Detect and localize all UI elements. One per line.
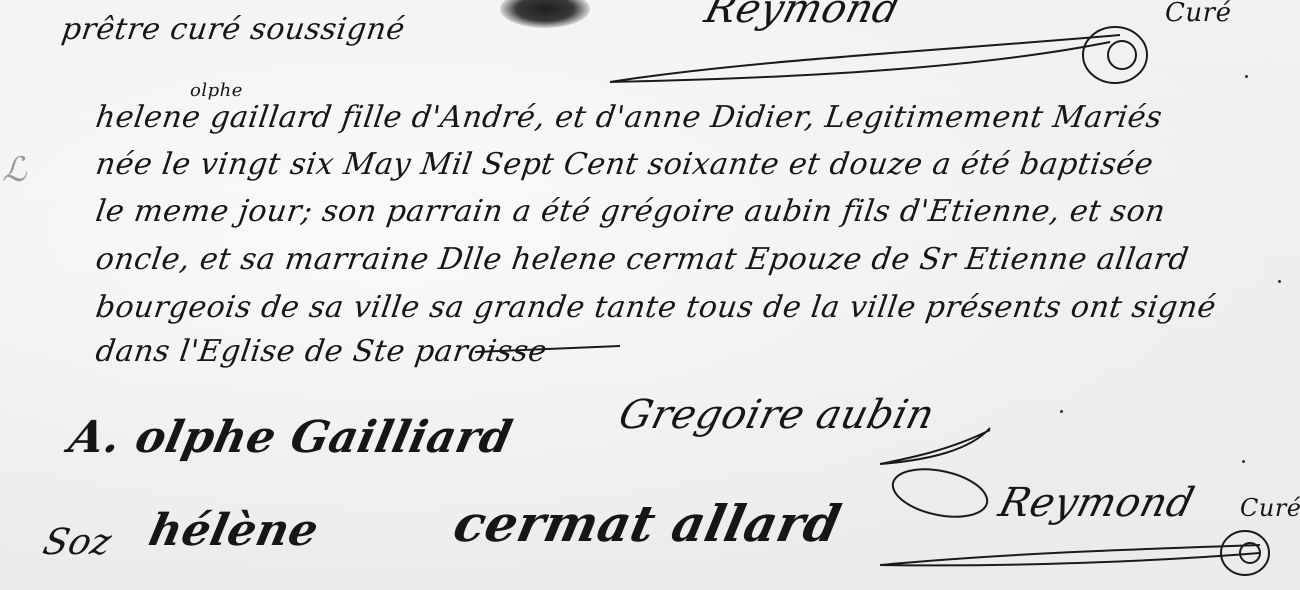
signature-helene: hélène [145,505,324,556]
record-line-2: née le vingt six May Mil Sept Cent soixa… [94,147,1156,182]
top-paraph-flourish [600,20,1160,90]
signature-cermat-allard: cermat allard [449,494,847,553]
ink-blot [500,0,590,28]
record-line-1: helene gaillard fille d'André, et d'anne… [94,100,1165,135]
scanned-register-page: ℒ prêtre curé soussigné Reymond Curé olp… [0,0,1300,590]
speck [1245,75,1248,78]
record-line-4: oncle, et sa marraine Dlle helene cermat… [94,242,1191,277]
record-line-5: bourgeois de sa ville sa grande tante to… [94,290,1219,325]
aubin-flourish [870,420,1010,470]
interlinear-note: olphe [190,80,243,101]
record-line-3: le meme jour; son parrain a été grégoire… [94,194,1168,229]
bottom-paraph-flourish [860,465,1300,590]
faded-margin-mark: ℒ [2,150,27,190]
signature-adolphe-gailliard: A. olphe Gailliard [65,412,517,463]
top-signature-title: Curé [1165,0,1231,28]
speck [1278,280,1281,283]
speck [1060,410,1063,413]
top-fragment-text: prêtre curé soussigné [60,12,408,47]
speck [1242,460,1245,463]
line-end-stroke [470,340,630,360]
margin-fragment: Soz [39,522,116,563]
